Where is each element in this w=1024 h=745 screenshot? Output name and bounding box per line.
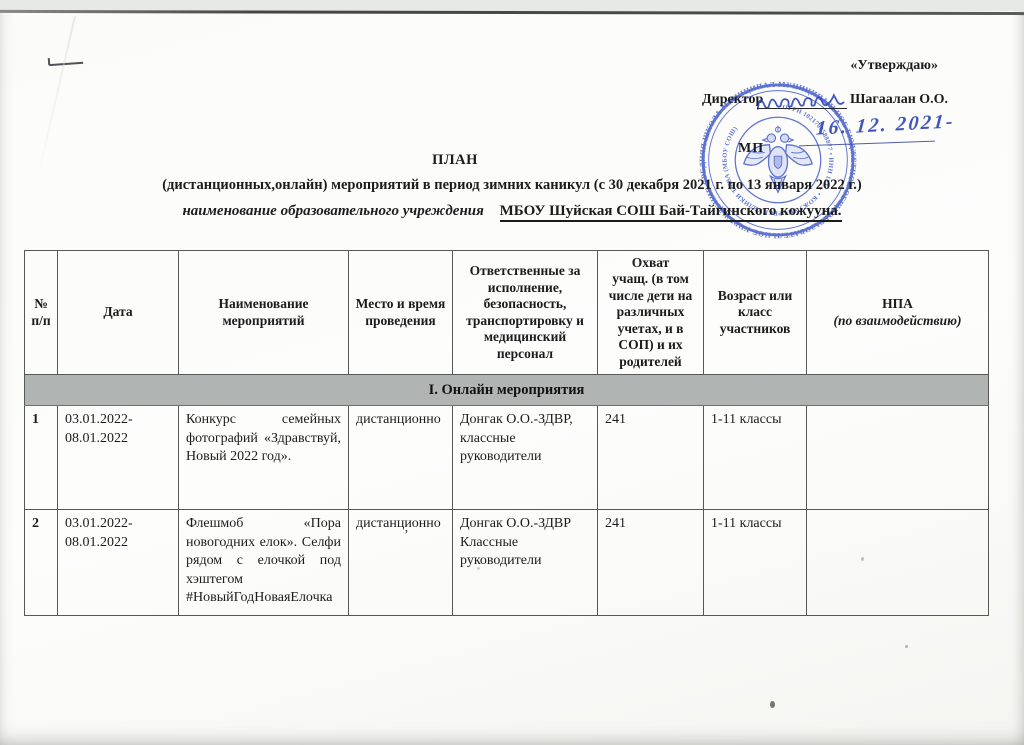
institution-caption: наименование образовательного учреждения bbox=[182, 203, 483, 219]
section-row: I. Онлайн мероприятия bbox=[25, 375, 989, 406]
cell-place: дистанционно bbox=[349, 510, 453, 616]
title-subtitle: (дистанционных,онлайн) мероприятий в пер… bbox=[0, 177, 1024, 194]
col-header-date: Дата bbox=[58, 251, 179, 375]
paper-crease bbox=[38, 16, 76, 172]
col-header-npa: НПА (по взаимодействию) bbox=[807, 251, 989, 375]
ink-stray-mark: ’ bbox=[404, 528, 409, 544]
col-header-event-name: Наименование мероприятий bbox=[179, 251, 349, 375]
col-header-place-time: Место и время проведения bbox=[349, 251, 453, 375]
cell-place: дистанционно bbox=[349, 406, 453, 510]
col-header-responsible: Ответственные за исполнение, безопасност… bbox=[453, 251, 598, 375]
signature-line bbox=[757, 108, 847, 109]
cell-coverage: 241 bbox=[598, 406, 704, 510]
director-name: Шагаалан О.О. bbox=[850, 92, 948, 108]
title-institution-line: наименование образовательного учреждения… bbox=[0, 203, 1024, 220]
approve-label: «Утверждаю» bbox=[850, 58, 938, 74]
cell-npa bbox=[807, 510, 989, 616]
cell-event-name: Флешмоб «Пора новогодних елок». Селфи ря… bbox=[179, 510, 349, 616]
table-row: 2 03.01.2022-08.01.2022 Флешмоб «Пора но… bbox=[25, 510, 989, 616]
cell-date: 03.01.2022-08.01.2022 bbox=[58, 406, 179, 510]
institution-name: МБОУ Шуйская СОШ Бай-Тайгинского кожууна… bbox=[500, 203, 842, 222]
col-header-age: Возраст или класс участников bbox=[704, 251, 807, 375]
events-plan-table: № п/п Дата Наименование мероприятий Мест… bbox=[24, 250, 989, 616]
cell-number: 2 bbox=[25, 510, 58, 616]
table-row: 1 03.01.2022-08.01.2022 Конкурс семейных… bbox=[25, 406, 989, 510]
col-header-number: № п/п bbox=[25, 251, 58, 375]
npa-subtitle: (по взаимодействию) bbox=[834, 313, 962, 328]
cell-coverage: 241 bbox=[598, 510, 704, 616]
scan-speck bbox=[477, 567, 480, 570]
title-plan: ПЛАН bbox=[0, 152, 967, 169]
cell-responsible: Донгак О.О.-ЗДВР Классные руководители bbox=[453, 510, 598, 616]
scan-speck bbox=[861, 557, 864, 561]
scan-speck bbox=[770, 701, 775, 708]
section-title: I. Онлайн мероприятия bbox=[25, 375, 989, 406]
cell-date: 03.01.2022-08.01.2022 bbox=[58, 510, 179, 616]
cell-responsible: Донгак О.О.-ЗДВР, классные руководители bbox=[453, 406, 598, 510]
cell-event-name: Конкурс семейных фотографий «Здравствуй,… bbox=[179, 406, 349, 510]
npa-title: НПА bbox=[882, 296, 913, 311]
scan-speck bbox=[905, 645, 908, 648]
cell-number: 1 bbox=[25, 406, 58, 510]
header-row: № п/п Дата Наименование мероприятий Мест… bbox=[25, 251, 989, 375]
cell-age: 1-11 классы bbox=[704, 510, 807, 616]
cell-npa bbox=[807, 406, 989, 510]
cell-age: 1-11 классы bbox=[704, 406, 807, 510]
scanned-document-page: МУНИЦИПАЛЬНОЕ БЮДЖЕТНОЕ ОБЩЕОБРАЗОВАТЕЛЬ… bbox=[0, 0, 1024, 745]
document-title-block: ПЛАН (дистанционных,онлайн) мероприятий … bbox=[0, 152, 1024, 220]
col-header-coverage: Охват учащ. (в том числе дети на различн… bbox=[598, 251, 704, 375]
